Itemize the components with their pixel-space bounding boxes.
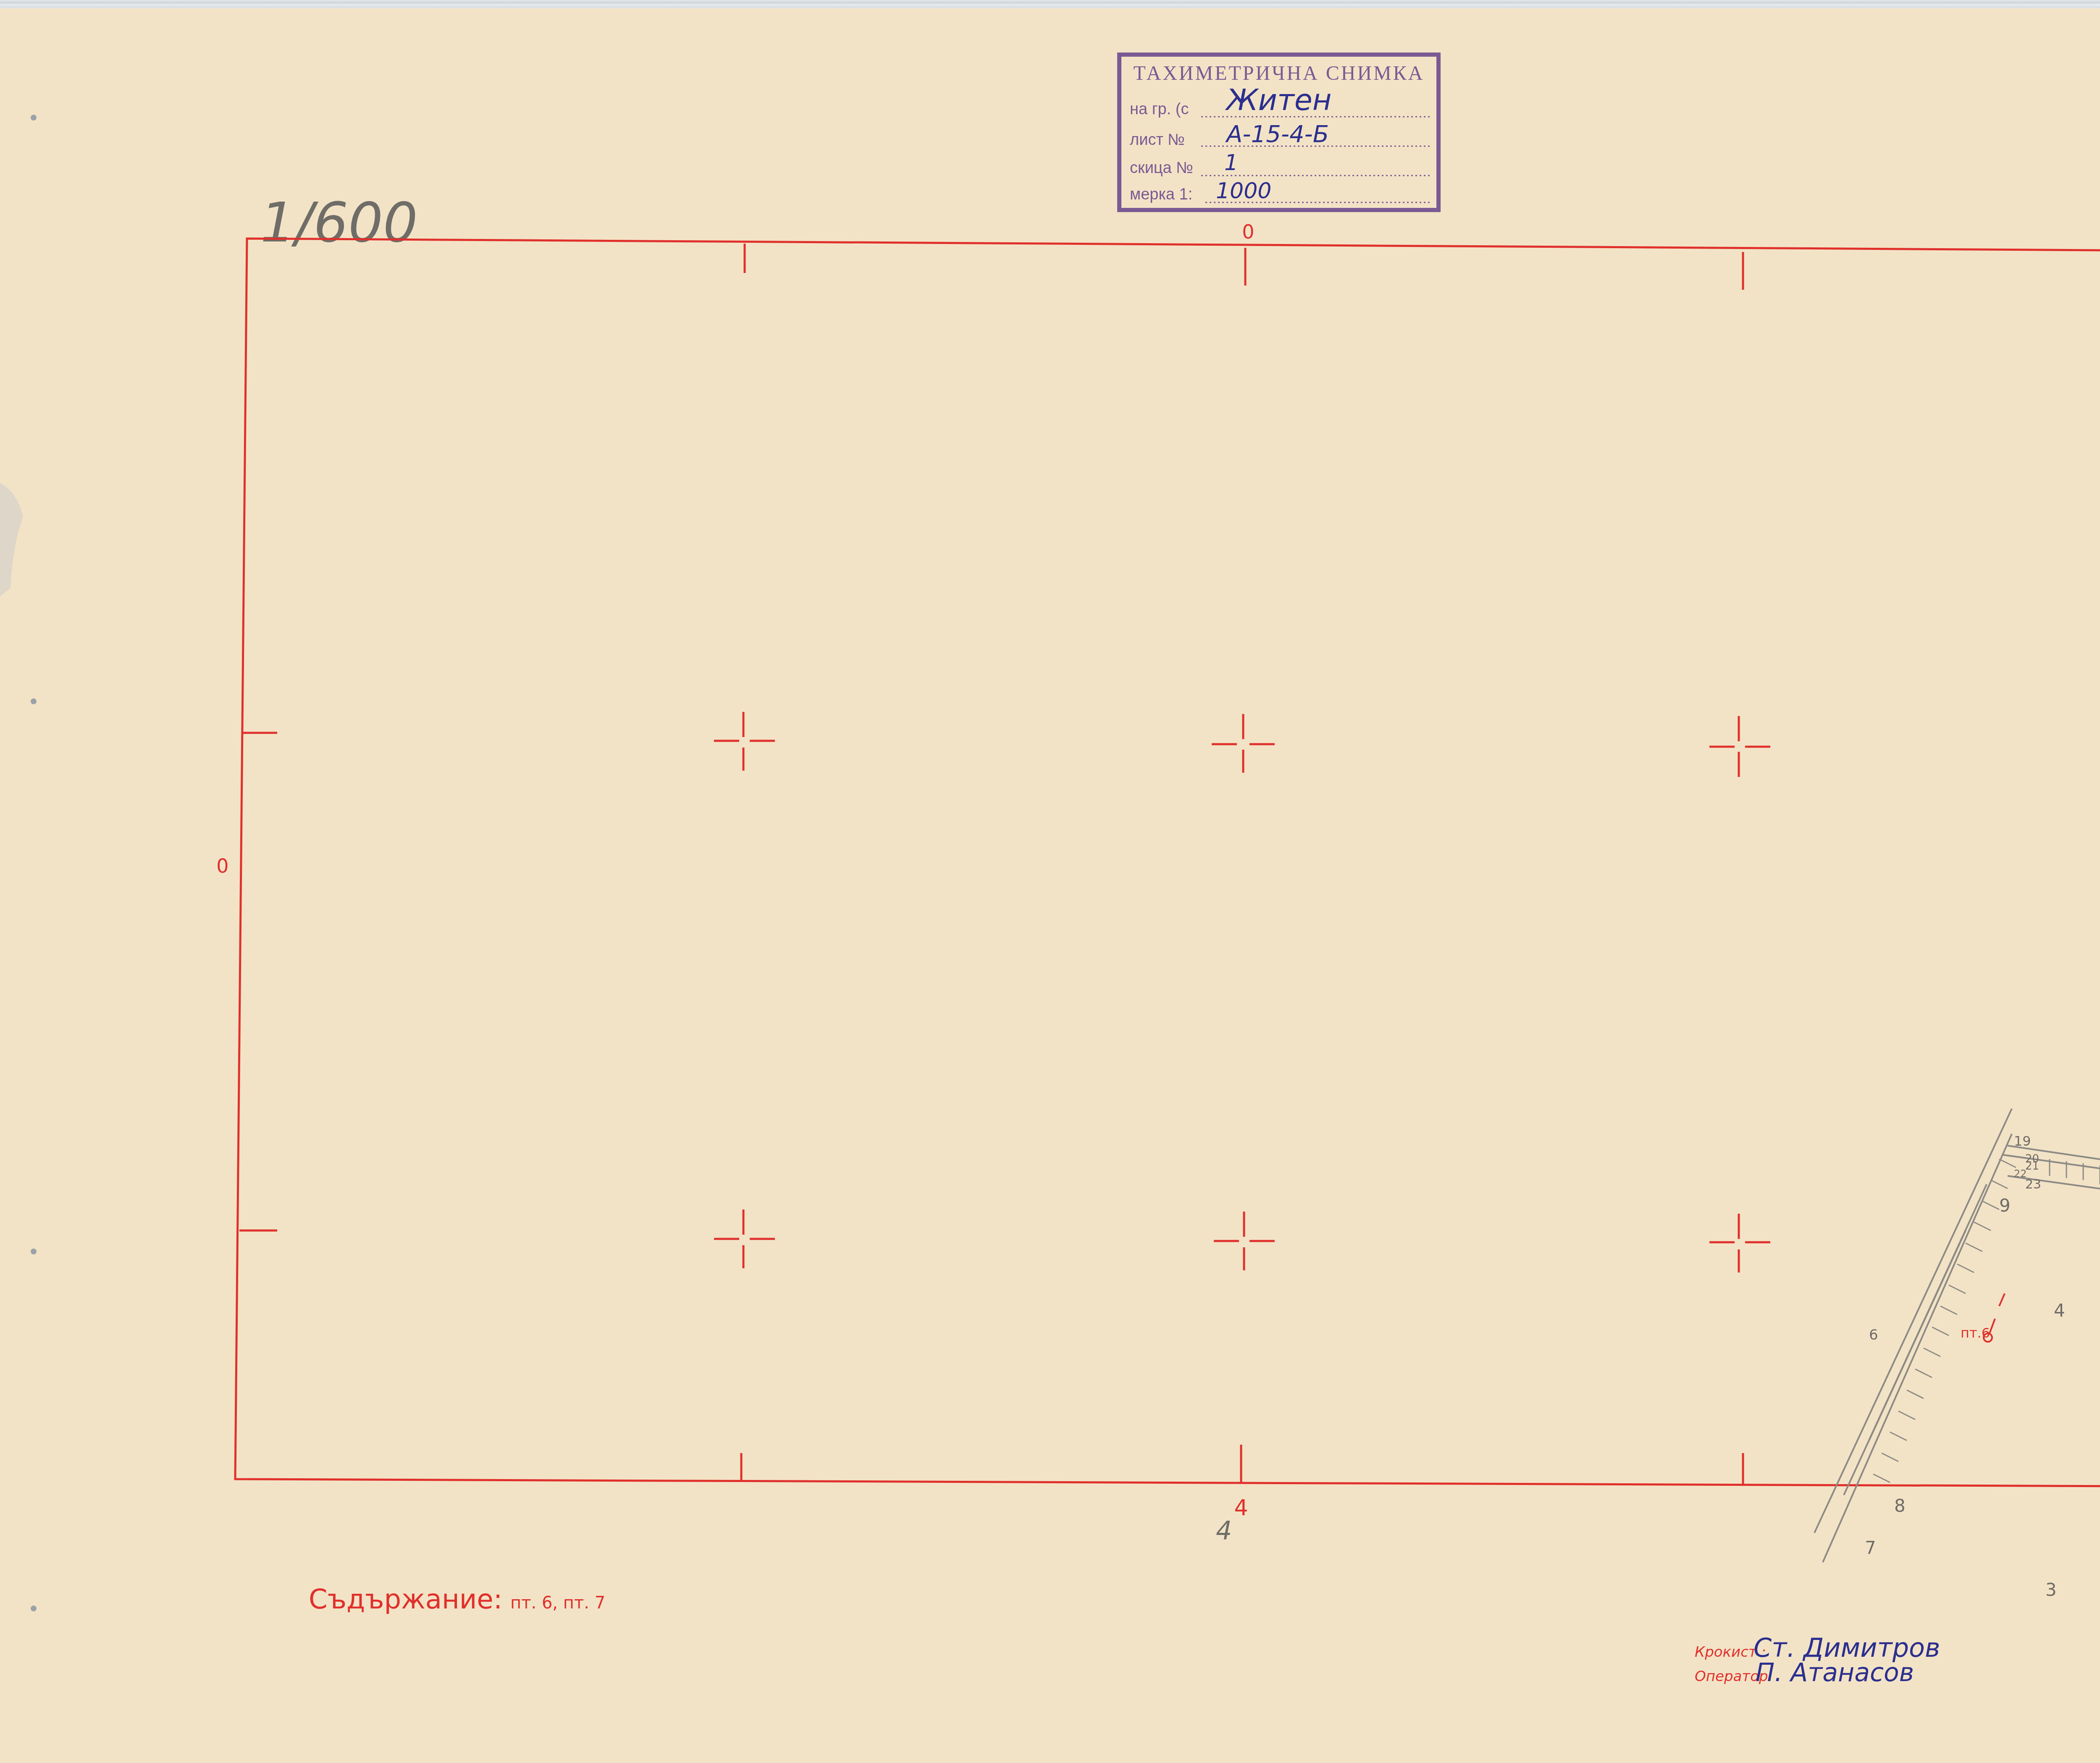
stamp-label-place: на гр. (с: [1130, 100, 1189, 118]
content-note-label: Съдържание:: [309, 1584, 502, 1615]
detail-point: 22: [2014, 1168, 2027, 1180]
frame-label-left: 0: [216, 855, 228, 877]
detail-point: 8: [1894, 1495, 1906, 1516]
detail-point: 21: [2025, 1160, 2039, 1173]
stamp-value-scale: 1000: [1216, 178, 1271, 204]
detail-point: 7: [1865, 1537, 1876, 1558]
binder-hole: [31, 115, 37, 121]
pencil-label-bottom: 4: [1216, 1516, 1232, 1545]
stamp-label-scale: мерка 1:: [1130, 186, 1192, 203]
detail-point: 4: [2054, 1300, 2065, 1321]
frame-label-top: 0: [1242, 220, 1254, 243]
detail-point: 3: [2045, 1579, 2057, 1600]
operator-name: П. Атанасов: [1756, 1658, 1914, 1687]
detail-point: 9: [1999, 1195, 2011, 1216]
stamp-label-sheet: лист №: [1130, 131, 1185, 149]
stamp-value-sheet: А-15-4-Б: [1225, 121, 1329, 148]
binder-hole: [31, 1606, 37, 1611]
paper-sheet: [0, 8, 2100, 1763]
content-note-value: пт. 6, пт. 7: [510, 1593, 605, 1613]
scale-pencil-note: 1/600: [260, 191, 418, 254]
detail-point: 6: [1869, 1327, 1878, 1343]
stamp-value-sketch: 1: [1224, 150, 1238, 176]
stamp-value-place: Житен: [1225, 83, 1332, 117]
binder-hole: [31, 698, 37, 704]
stamp-title: ТАХИМЕТРИЧНА СНИМКА: [1134, 62, 1425, 84]
detail-point: 19: [2014, 1133, 2031, 1149]
stamp-label-sketch: скица №: [1130, 159, 1193, 177]
binder-hole: [31, 1249, 37, 1254]
detail-point: 23: [2025, 1177, 2041, 1192]
survey-sheet: 1 1/600 ТАХИМЕТРИЧНА СНИМКА на гр. (с Жи…: [0, 0, 2100, 1763]
station-label-pt6: пт.6: [1961, 1325, 1990, 1341]
frame-label-bottom: 4: [1234, 1495, 1248, 1521]
